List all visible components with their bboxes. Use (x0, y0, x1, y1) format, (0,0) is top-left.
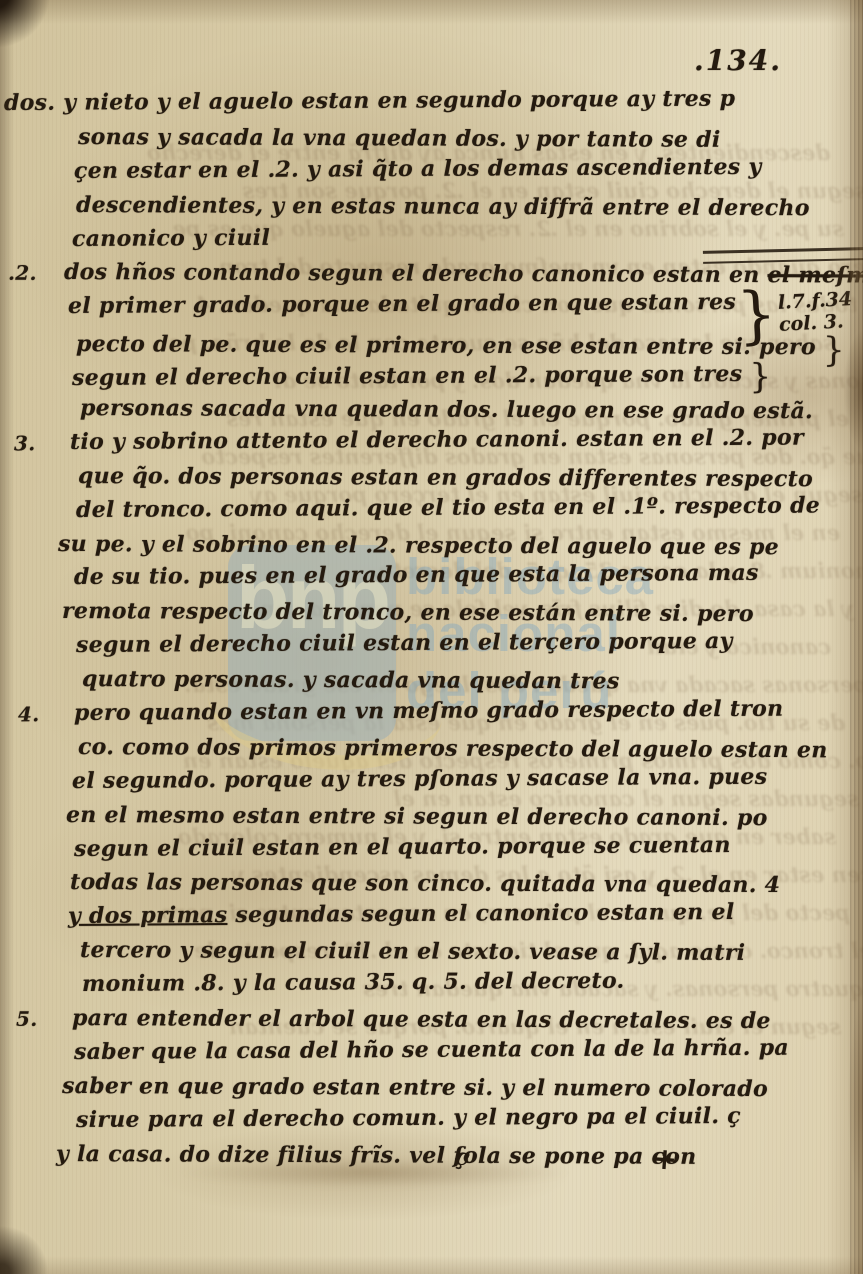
line-text: que q̃o. dos personas estan en grados di… (78, 463, 813, 492)
line-text: para entender el arbol que esta en las d… (72, 1005, 771, 1034)
line-text: çen estar en el .2. y asi q̃to a los dem… (74, 154, 762, 184)
manuscript-line: 3.tio y sobrino attento el derecho canon… (70, 424, 848, 463)
line-text: segun el ciuil estan en el quarto. porqu… (74, 832, 731, 862)
manuscript-line: del tronco. como aqui. que el tio esta e… (76, 492, 848, 531)
brace-flourish: } (749, 357, 771, 397)
line-text: y la casa. do dize filius frĩs. vel ſola… (56, 1141, 697, 1170)
brace-icon: } (736, 285, 778, 345)
line-text: dos. y nieto y el aguelo estan en segund… (4, 86, 736, 116)
manuscript-line: sirue para el derecho comun. y el negro … (76, 1102, 848, 1141)
line-text: el segundo. porque ay tres pſonas y saca… (72, 764, 768, 794)
line-text: segundas segun el canonico estan en el (227, 899, 734, 928)
line-text: de su tio. pues en el grado en que esta … (74, 560, 759, 590)
manuscript-line: çen estar en el .2. y asi q̃to a los dem… (74, 153, 848, 192)
manuscript-line: dos. y nieto y el aguelo estan en segund… (4, 85, 848, 124)
manuscript-line: monium .8. y la causa 35. q. 5. del decr… (82, 966, 848, 1005)
line-text: saber que la casa del hño se cuenta con … (74, 1035, 789, 1065)
line-text: su pe. y el sobrino en el .2. respecto d… (58, 531, 779, 560)
citation-line-2: col. 3. (778, 310, 853, 336)
manuscript-line: segun el derecho ciuil estan en el terçe… (76, 628, 848, 667)
manuscript-line: y dos primas segundas segun el canonico … (68, 899, 848, 938)
line-text: el primer grado. porque en el grado en q… (68, 289, 736, 319)
line-text: segun el derecho ciuil estan en el terçe… (76, 628, 733, 658)
line-text: tio y sobrino attento el derecho canoni.… (70, 424, 804, 454)
manuscript-line: 4.pero quando estan en vn meſmo grado re… (74, 695, 848, 734)
line-text: sirue para el derecho comun. y el negro … (76, 1103, 741, 1133)
line-text: segun el derecho ciuil estan en el .2. p… (72, 361, 743, 391)
line-text: del tronco. como aqui. que el tio esta e… (76, 492, 820, 523)
folio-number: .134. (694, 44, 782, 77)
line-text: sonas y sacada la vna quedan dos. y por … (78, 124, 721, 153)
manuscript-line: segun el ciuil estan en el quarto. porqu… (74, 831, 848, 870)
line-text: pero quando estan en vn meſmo grado resp… (74, 696, 784, 726)
line-text: co. como dos primos primeros respecto de… (78, 734, 828, 763)
underlined-text: y dos primas (68, 902, 228, 929)
paragraph-number: 4. (18, 702, 40, 726)
manuscript-line: saber que la casa del hño se cuenta con … (74, 1034, 848, 1073)
manuscript-line: y la casa. do dize filius frĩs. vel ſola… (56, 1141, 848, 1178)
line-text: remota respecto del tronco, en ese están… (62, 598, 754, 627)
line-text: descendientes, y en estas nunca ay diffr… (76, 192, 810, 221)
line-text: saber en que grado estan entre si. y el … (62, 1073, 768, 1102)
cross-flourish: + (651, 1141, 679, 1178)
line-text: monium .8. y la causa 35. q. 5. del decr… (82, 968, 625, 997)
line-text: canonico y ciuil (72, 224, 270, 251)
line-text: personas sacada vna quedan dos. luego en… (80, 395, 813, 424)
paragraph-number: .2. (8, 261, 37, 285)
paragraph-number: 5. (16, 1007, 38, 1031)
paragraph-number: 3. (14, 431, 36, 455)
line-text: tercero y segun el ciuil en el sexto. ve… (80, 937, 745, 966)
line-text: en el mesmo estan entre si segun el dere… (66, 802, 768, 831)
manuscript-page: descendientes, y en estas nunca ay diffr… (0, 0, 863, 1274)
manuscript-line: el primer grado. porque en el grado en q… (68, 289, 848, 328)
page-edge-stack (850, 0, 863, 1274)
margin-citation: } l.7.f.34 col. 3. (736, 281, 855, 345)
manuscript-line: de su tio. pues en el grado en que esta … (74, 560, 848, 599)
manuscript-line: el segundo. porque ay tres pſonas y saca… (72, 763, 848, 802)
manuscript-line: segun el derecho ciuil estan en el .2. p… (72, 356, 848, 395)
line-text: todas las personas que son cinco. quitad… (70, 869, 780, 898)
line-text: pecto del pe. que es el primero, en ese … (76, 331, 816, 360)
line-text: dos hños contando segun el derecho canon… (64, 259, 768, 288)
line-text: quatro personas. y sacada vna quedan tre… (82, 666, 620, 694)
